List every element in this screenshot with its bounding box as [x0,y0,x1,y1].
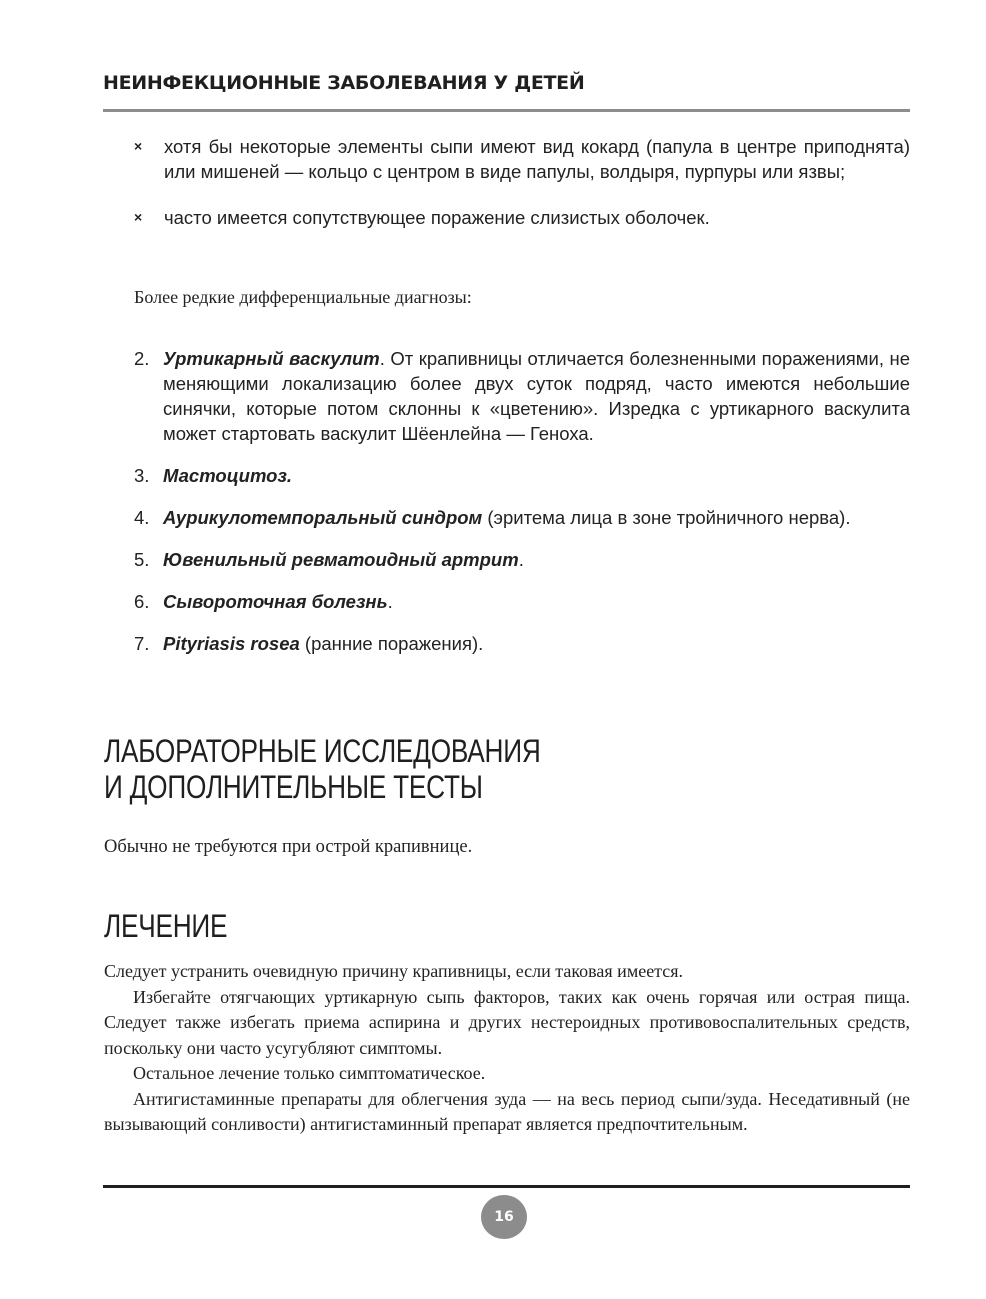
item-term: Мастоцитоз. [163,465,292,486]
heading-line: И ДОПОЛНИТЕЛЬНЫЕ ТЕСТЫ [104,769,541,805]
item-term: Pityriasis rosea [163,633,300,654]
item-term: Ювенильный ревматоидный артрит [163,549,519,570]
differential-item: 4. Аурикулотемпоральный синдром (эритема… [134,505,910,530]
treatment-paragraph: Антигистаминные препараты для облегчения… [104,1087,910,1138]
item-number: 7. [134,631,149,656]
lab-tests-text: Обычно не требуются при острой крапивниц… [104,837,472,858]
item-number: 4. [134,505,149,530]
item-number: 3. [134,463,149,488]
bullet-item: × хотя бы некоторые элементы сыпи имеют … [134,134,910,184]
item-term: Сывороточная болезнь [163,591,388,612]
item-description: (эритема лица в зоне тройничного нерва). [482,507,850,528]
header-divider [103,109,910,112]
page-number-badge: 16 [481,1195,527,1239]
item-term: Уртикарный васкулит [163,348,380,369]
differential-item: 6. Сывороточная болезнь. [134,589,910,614]
differential-item: 7. Pityriasis rosea (ранние поражения). [134,631,910,656]
treatment-body: Следует устранить очевидную причину крап… [104,959,910,1138]
item-description: . [388,591,393,612]
item-number: 2. [134,346,149,371]
footer-divider [103,1185,910,1188]
running-header-title: НЕИНФЕКЦИОННЫЕ ЗАБОЛЕВАНИЯ У ДЕТЕЙ [103,72,584,94]
treatment-paragraph: Следует устранить очевидную причину крап… [104,959,910,985]
differential-item: 2. Уртикарный васкулит. От крапивницы от… [134,346,910,446]
bullet-item: × часто имеется сопутствующее поражение … [134,205,910,230]
item-description: . [519,549,524,570]
bullet-text: часто имеется сопутствующее поражение сл… [164,207,710,228]
treatment-paragraph: Избегайте отягчающих уртикарную сыпь фак… [104,985,910,1062]
differential-item: 5. Ювенильный ревматоидный артрит. [134,547,910,572]
bullet-text: хотя бы некоторые элементы сыпи имеют ви… [164,136,910,182]
item-number: 5. [134,547,149,572]
differential-item: 3. Мастоцитоз. [134,463,910,488]
treatment-paragraph: Остальное лечение только симптоматическо… [104,1061,910,1087]
item-number: 6. [134,589,149,614]
heading-line: ЛАБОРАТОРНЫЕ ИССЛЕДОВАНИЯ [104,733,541,769]
treatment-heading: ЛЕЧЕНИЕ [104,908,227,944]
cross-bullet-icon: × [134,205,142,230]
criteria-bullet-list: × хотя бы некоторые элементы сыпи имеют … [134,134,910,230]
item-description: (ранние поражения). [300,633,484,654]
lab-tests-heading: ЛАБОРАТОРНЫЕ ИССЛЕДОВАНИЯ И ДОПОЛНИТЕЛЬН… [104,733,541,805]
item-term: Аурикулотемпоральный синдром [163,507,482,528]
rare-differentials-list: 2. Уртикарный васкулит. От крапивницы от… [134,346,910,656]
rare-differentials-intro: Более редкие дифференциальные диагнозы: [134,287,472,308]
cross-bullet-icon: × [134,134,142,159]
